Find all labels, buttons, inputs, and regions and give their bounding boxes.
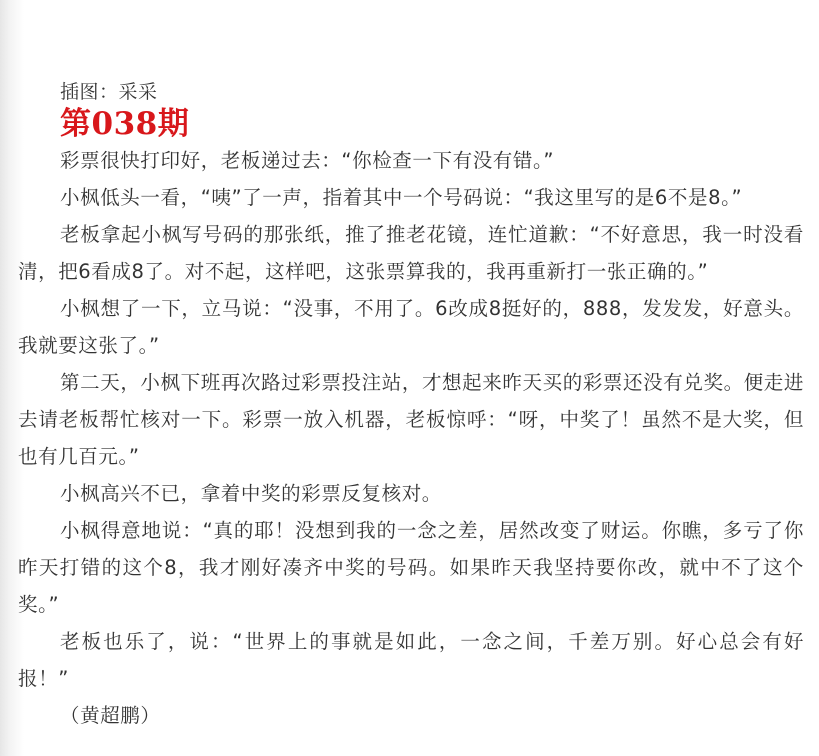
paragraph: 小枫高兴不已，拿着中奖的彩票反复核对。 (18, 475, 804, 512)
paragraph: 小枫得意地说：“真的耶！没想到我的一念之差，居然改变了财运。你瞧，多亏了你昨天打… (18, 512, 804, 623)
illustration-credit: 插图：采采 (60, 78, 804, 106)
article-body: 彩票很快打印好，老板递过去：“你检查一下有没有错。” 小枫低头一看，“咦”了一声… (18, 142, 804, 734)
issue-title: 第038期 (60, 106, 804, 142)
paragraph: 小枫想了一下，立马说：“没事，不用了。6改成8挺好的，888，发发发，好意头。我… (18, 290, 804, 364)
paragraph: 小枫低头一看，“咦”了一声，指着其中一个号码说：“我这里写的是6不是8。” (18, 179, 804, 216)
paragraph: 第二天，小枫下班再次路过彩票投注站，才想起来昨天买的彩票还没有兑奖。便走进去请老… (18, 364, 804, 475)
paragraph: 老板拿起小枫写号码的那张纸，推了推老花镜，连忙道歉：“不好意思，我一时没看清，把… (18, 216, 804, 290)
article: 插图：采采 第038期 彩票很快打印好，老板递过去：“你检查一下有没有错。” 小… (18, 78, 804, 734)
author-byline: （黄超鹏） (18, 697, 804, 734)
paragraph: 老板也乐了，说：“世界上的事就是如此，一念之间，千差万别。好心总会有好报！” (18, 623, 804, 697)
paragraph: 彩票很快打印好，老板递过去：“你检查一下有没有错。” (18, 142, 804, 179)
